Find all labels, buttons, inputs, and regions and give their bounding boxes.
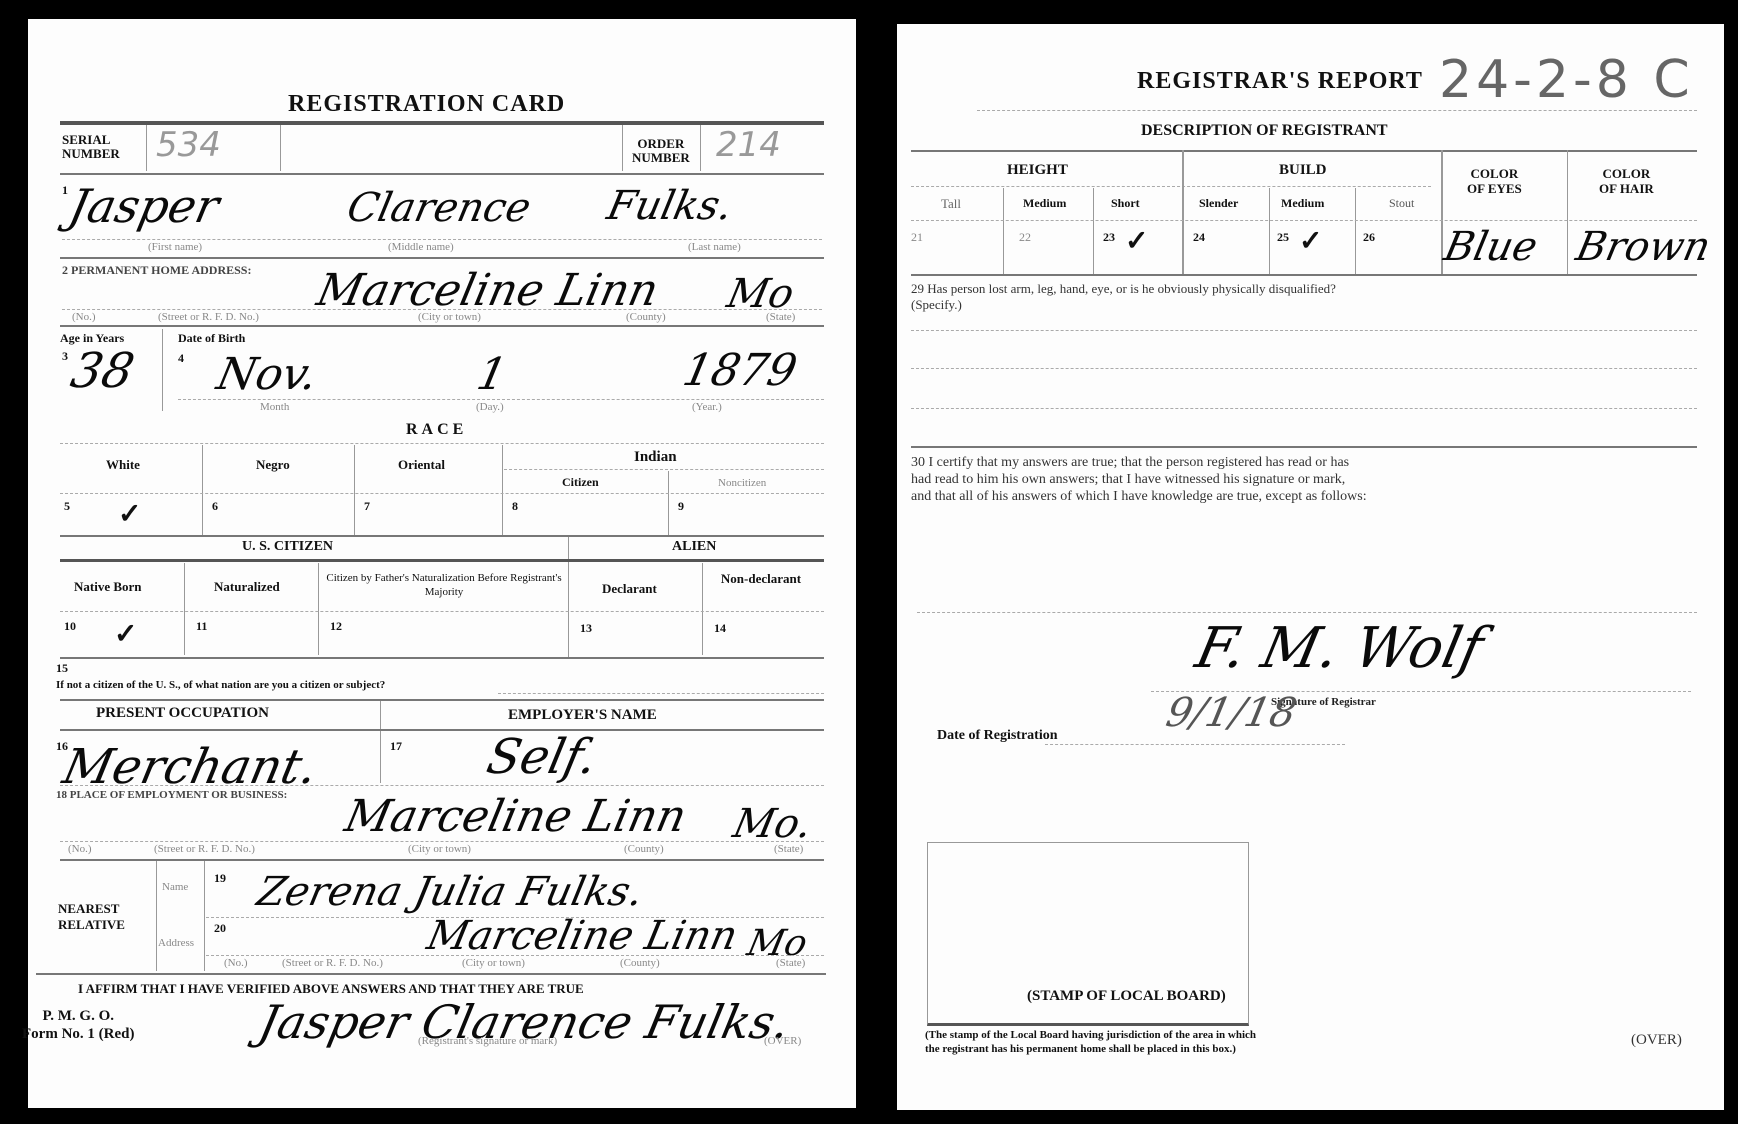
- last-name-value: Fulks.: [603, 183, 737, 229]
- serial-number-label: SERIAL NUMBER: [62, 133, 120, 161]
- build-number-24: 24: [1193, 230, 1205, 245]
- height-number-21: 21: [911, 230, 923, 245]
- stamp-note: (The stamp of the Local Board having jur…: [925, 1028, 1256, 1056]
- divider: [60, 257, 824, 259]
- q17-number: 17: [390, 739, 402, 754]
- employment-place-label: 18 PLACE OF EMPLOYMENT OR BUSINESS:: [56, 789, 287, 801]
- divider: [62, 309, 822, 310]
- stamp-note-line2: the registrant has his permanent home sh…: [925, 1042, 1256, 1056]
- age-value: 38: [66, 343, 139, 399]
- divider: [1003, 188, 1004, 274]
- citizen-number-14: 14: [714, 621, 726, 636]
- alien-header-nondeclarant: Non-declarant: [718, 571, 804, 586]
- eyes-value: Blue: [1440, 224, 1541, 270]
- relative-name-value: Zerena Julia Fulks.: [253, 869, 647, 915]
- divider: [204, 861, 205, 971]
- q30-text: 30 I certify that my answers are true; t…: [911, 454, 1367, 505]
- employer-value: Self.: [482, 729, 602, 785]
- divider: [1045, 744, 1345, 745]
- relative-address-label: Address: [158, 937, 194, 949]
- q30-line2: had read to him his own answers; that I …: [911, 471, 1367, 488]
- divider: [184, 563, 185, 655]
- serial-label-line2: NUMBER: [62, 147, 120, 161]
- form-id-line2: Form No. 1 (Red): [22, 1025, 134, 1043]
- middle-name-value: Clarence: [343, 185, 535, 231]
- divider: [1093, 188, 1094, 274]
- relative-caption-state: (State): [776, 957, 805, 969]
- occupation-value: Merchant.: [58, 739, 322, 795]
- relative-name-label: Name: [162, 881, 188, 893]
- divider: [60, 729, 824, 731]
- date-of-registration-value: 9/1/18: [1162, 690, 1301, 736]
- date-of-registration-label: Date of Registration: [937, 728, 1058, 744]
- divider: [60, 493, 824, 494]
- build-header-stout: Stout: [1389, 196, 1414, 211]
- divider: [318, 563, 319, 655]
- relative-caption-street: (Street or R. F. D. No.): [282, 957, 383, 969]
- address-caption-city: (City or town): [418, 311, 481, 323]
- order-label-line2: NUMBER: [632, 151, 690, 165]
- height-header-tall: Tall: [941, 196, 961, 212]
- height-header-medium: Medium: [1023, 196, 1066, 211]
- divider: [354, 445, 355, 535]
- divider: [977, 110, 1697, 111]
- stamp-note-line1: (The stamp of the Local Board having jur…: [925, 1028, 1256, 1042]
- order-number-label: ORDER NUMBER: [632, 137, 690, 165]
- divider: [178, 399, 824, 400]
- alien-title: ALIEN: [672, 539, 716, 555]
- divider: [504, 469, 824, 470]
- citizen-header-father: Citizen by Father's Naturalization Befor…: [326, 571, 562, 599]
- height-header-short: Short: [1111, 196, 1140, 211]
- last-name-caption: (Last name): [688, 241, 741, 253]
- q1-number: 1: [62, 183, 68, 198]
- race-header-white: White: [106, 457, 140, 473]
- hair-title-line1: COLOR: [1599, 166, 1654, 181]
- report-title: REGISTRAR'S REPORT: [1137, 68, 1423, 95]
- form-id-line1: P. M. G. O.: [22, 1007, 134, 1025]
- build-number-25: 25: [1277, 230, 1289, 245]
- divider: [911, 368, 1697, 369]
- nearest-label-line1: NEAREST: [58, 901, 125, 917]
- relative-caption-no: (No.): [224, 957, 248, 969]
- divider: [36, 973, 826, 975]
- race-header-indian: Indian: [634, 449, 677, 466]
- registration-card: REGISTRATION CARD SERIAL NUMBER 534 ORDE…: [28, 19, 856, 1108]
- race-number-8: 8: [512, 499, 518, 514]
- race-header-indian-citizen: Citizen: [562, 475, 599, 490]
- height-number-23: 23: [1103, 230, 1115, 245]
- race-header-indian-noncitizen: Noncitizen: [718, 477, 766, 489]
- divider: [498, 693, 824, 694]
- race-number-7: 7: [364, 499, 370, 514]
- divider: [668, 471, 669, 535]
- citizen-number-10: 10: [64, 619, 76, 634]
- registrars-report-card: REGISTRAR'S REPORT 24-2-8 C DESCRIPTION …: [897, 24, 1724, 1110]
- divider: [911, 274, 1697, 276]
- race-number-6: 6: [212, 499, 218, 514]
- hair-title: COLOR OF HAIR: [1599, 166, 1654, 196]
- divider: [1269, 188, 1270, 274]
- divider: [60, 859, 824, 861]
- divider: [162, 329, 163, 411]
- divider: [60, 841, 824, 842]
- dob-year-value: 1879: [679, 345, 802, 396]
- build-number-26: 26: [1363, 230, 1375, 245]
- divider: [1355, 188, 1356, 274]
- citizen-header-naturalized: Naturalized: [214, 579, 280, 595]
- citizen-number-11: 11: [196, 619, 207, 634]
- height-number-22: 22: [1019, 230, 1031, 245]
- over-label: (OVER): [1631, 1032, 1682, 1049]
- divider: [380, 701, 381, 783]
- employment-caption-street: (Street or R. F. D. No.): [154, 843, 255, 855]
- dob-day-value: 1: [473, 349, 512, 400]
- home-address-label: 2 PERMANENT HOME ADDRESS:: [62, 263, 251, 278]
- build-header-slender: Slender: [1199, 196, 1238, 211]
- order-number-value: 214: [716, 125, 781, 165]
- divider: [917, 612, 1697, 613]
- employment-caption-state: (State): [774, 843, 803, 855]
- q30-line3: and that all of his answers of which I h…: [911, 488, 1367, 505]
- q15-label: If not a citizen of the U. S., of what n…: [56, 679, 385, 691]
- q30-line1: 30 I certify that my answers are true; t…: [911, 454, 1367, 471]
- race-white-check[interactable]: ✓: [118, 497, 141, 531]
- relative-caption-city: (City or town): [462, 957, 525, 969]
- form-id: P. M. G. O. Form No. 1 (Red): [22, 1007, 134, 1043]
- q3-number: 3: [62, 349, 68, 364]
- q19-number: 19: [214, 871, 226, 886]
- height-title: HEIGHT: [1007, 162, 1068, 179]
- us-citizen-title: U. S. CITIZEN: [242, 539, 333, 555]
- citizen-header-native: Native Born: [74, 579, 142, 595]
- divider: [911, 408, 1697, 409]
- divider: [911, 150, 1697, 152]
- employer-label: EMPLOYER'S NAME: [508, 707, 657, 724]
- relative-address-city: Marceline Linn: [423, 913, 741, 959]
- employment-caption-no: (No.): [68, 843, 92, 855]
- divider: [1567, 150, 1568, 274]
- alien-header-declarant: Declarant: [602, 581, 657, 597]
- build-medium-check[interactable]: ✓: [1299, 224, 1322, 258]
- dob-year-caption: (Year.): [692, 401, 722, 413]
- divider: [60, 325, 824, 327]
- divider: [206, 955, 824, 956]
- employment-caption-county: (County): [624, 843, 664, 855]
- divider: [146, 125, 147, 171]
- nearest-relative-label: NEAREST RELATIVE: [58, 901, 125, 933]
- divider: [202, 445, 203, 535]
- divider: [60, 611, 824, 612]
- dob-month-value: Nov.: [213, 349, 322, 400]
- divider: [911, 446, 1697, 448]
- build-title: BUILD: [1279, 162, 1327, 179]
- over-label: (OVER): [764, 1035, 801, 1047]
- address-caption-county: (County): [626, 311, 666, 323]
- build-header-medium: Medium: [1281, 196, 1324, 211]
- divider: [702, 563, 703, 655]
- divider: [60, 559, 824, 562]
- q20-number: 20: [214, 921, 226, 936]
- race-header-negro: Negro: [256, 457, 290, 473]
- divider: [622, 125, 623, 171]
- eyes-title-line2: OF EYES: [1467, 181, 1522, 196]
- height-short-check[interactable]: ✓: [1125, 224, 1148, 258]
- address-caption-street: (Street or R. F. D. No.): [158, 311, 259, 323]
- stamp-number: 24-2-8 C: [1439, 50, 1694, 110]
- order-label-line1: ORDER: [632, 137, 690, 151]
- hair-title-line2: OF HAIR: [1599, 181, 1654, 196]
- employment-city: Marceline Linn: [341, 791, 691, 842]
- relative-caption-county: (County): [620, 957, 660, 969]
- divider: [911, 330, 1697, 331]
- occupation-label: PRESENT OCCUPATION: [96, 705, 269, 722]
- divider: [700, 125, 701, 171]
- divider: [60, 699, 824, 701]
- registrar-signature: F. M. Wolf: [1190, 616, 1489, 681]
- race-number-9: 9: [678, 499, 684, 514]
- citizen-number-12: 12: [330, 619, 342, 634]
- race-header-oriental: Oriental: [398, 457, 445, 473]
- divider: [280, 125, 281, 171]
- hair-value: Brown: [1572, 224, 1714, 270]
- nearest-label-line2: RELATIVE: [58, 917, 125, 933]
- divider: [60, 785, 824, 786]
- divider: [568, 537, 569, 659]
- eyes-title: COLOR OF EYES: [1467, 166, 1522, 196]
- dob-day-caption: (Day.): [476, 401, 504, 413]
- race-title: RACE: [406, 421, 467, 439]
- citizen-number-13: 13: [580, 621, 592, 636]
- divider: [156, 861, 157, 971]
- divider: [60, 657, 824, 659]
- divider: [911, 220, 1697, 221]
- q29-text: 29 Has person lost arm, leg, hand, eye, …: [911, 280, 1336, 297]
- divider: [62, 239, 822, 240]
- native-born-check[interactable]: ✓: [114, 617, 137, 651]
- first-name-value: Jasper: [64, 179, 224, 233]
- q29-specify: (Specify.): [911, 296, 962, 313]
- first-name-caption: (First name): [148, 241, 202, 253]
- divider: [60, 535, 824, 537]
- divider: [1182, 150, 1184, 274]
- address-caption-state: (State): [766, 311, 795, 323]
- divider: [502, 445, 503, 535]
- description-title: DESCRIPTION OF REGISTRANT: [1141, 122, 1388, 140]
- dob-month-caption: Month: [260, 401, 289, 413]
- divider: [911, 186, 1431, 187]
- signature-caption: (Registrant's signature or mark): [418, 1035, 557, 1047]
- serial-label-line1: SERIAL: [62, 133, 120, 147]
- q4-number: 4: [178, 351, 184, 366]
- middle-name-caption: (Middle name): [388, 241, 454, 253]
- race-number-5: 5: [64, 499, 70, 514]
- card-title: REGISTRATION CARD: [288, 91, 565, 118]
- serial-number-value: 534: [156, 125, 221, 165]
- dob-label: Date of Birth: [178, 331, 245, 346]
- eyes-title-line1: COLOR: [1467, 166, 1522, 181]
- employment-caption-city: (City or town): [408, 843, 471, 855]
- address-caption-no: (No.): [72, 311, 96, 323]
- divider: [60, 173, 824, 175]
- stamp-box-label: (STAMP OF LOCAL BOARD): [1027, 988, 1226, 1005]
- divider: [60, 443, 824, 444]
- q15-number: 15: [56, 661, 68, 676]
